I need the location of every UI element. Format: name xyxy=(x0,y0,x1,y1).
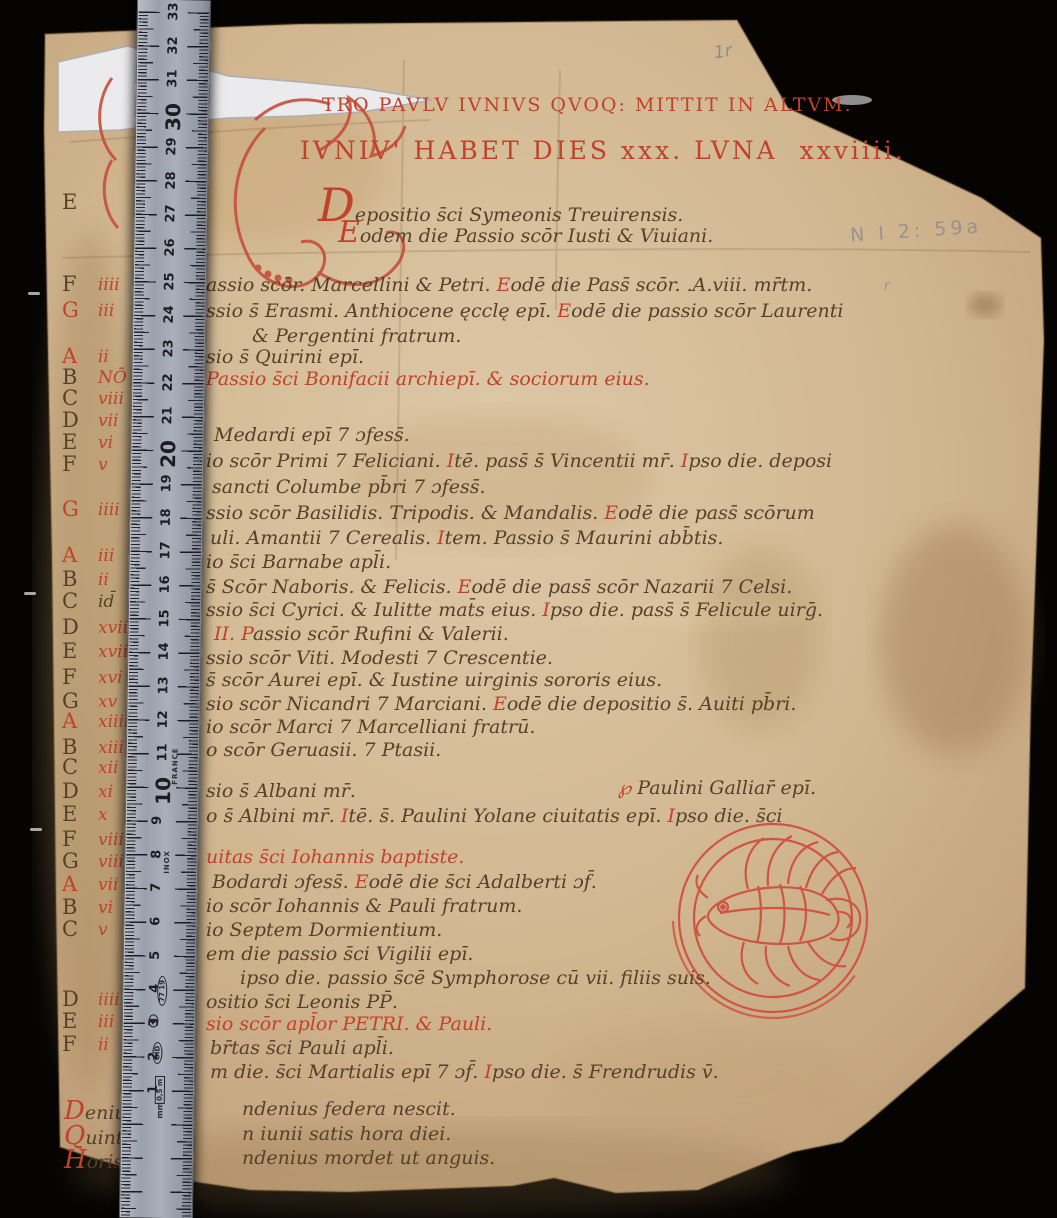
calendar-line: ositio s̄ci Leonis PP̄. xyxy=(206,993,398,1012)
brown-ink-text: ssio s̄ Erasmi. Anthiocene ęcclę epī. xyxy=(206,300,557,322)
calendar-line: Passio s̄ci Bonifacii archiepī. & socior… xyxy=(206,370,650,389)
ruler-cm-number: 27 xyxy=(163,205,178,223)
calendar-line: s̄ scōr Aurei epī. & Iustine uirginis so… xyxy=(206,671,662,690)
brown-ink-text: odē die passio scōr Laurenti xyxy=(571,300,843,322)
brown-ink-text: sio s̄ Albani mr̄. xyxy=(206,780,356,802)
calendar-line: Bodardi ɔfess̄. Eodē die s̄ci Adalberti … xyxy=(212,873,597,892)
calendar-line: io scōr Marci 7 Marcelliani fratrū. xyxy=(206,718,535,737)
brown-ink-text: io s̄ci Barnabe apl̄i. xyxy=(206,551,391,573)
brown-ink-text: br̄tas s̄ci Pauli apl̄i. xyxy=(210,1037,394,1059)
ruler-cm-number: 20 xyxy=(156,440,180,468)
red-ink-text: E xyxy=(497,274,511,296)
brown-ink-text: ndenius mordet ut anguis. xyxy=(242,1147,495,1169)
calendar-line: TRO PAVLV IVNIVS QVOQ: MITTIT IN ALTVM. xyxy=(322,96,853,115)
ruler-cm-number: 32 xyxy=(166,36,181,54)
brown-ink-text: ipso die. passio s̄cē Symphorose cū vii.… xyxy=(240,967,711,989)
red-ink-text: I xyxy=(667,805,675,827)
calendar-line: II. Passio scōr Rufini & Valerii. xyxy=(214,625,509,644)
red-ink-text: TRO PAVLV IVNIVS QVOQ: MITTIT IN ALTVM. xyxy=(322,94,853,116)
calendar-line: io Septem Dormientium. xyxy=(206,921,442,940)
brown-ink-text: m die. s̄ci Martialis epī 7 ɔf̄. xyxy=(210,1061,484,1083)
calendar-line: sio scōr apl̄or PETRI. & Pauli. xyxy=(206,1015,492,1034)
ruler-mm-label: mm xyxy=(155,1102,164,1119)
red-ink-text: II. P xyxy=(214,623,253,645)
calendar-line: o s̄ Albini mr̄. Itē. s̄. Paulini Yolane… xyxy=(206,807,782,826)
brown-ink-text: odē die pass̄ scōr Nazarii 7 Celsi. xyxy=(471,576,792,598)
red-ink-text: H xyxy=(64,1145,87,1175)
ruler-cm-number: 29 xyxy=(164,137,179,155)
ruler-stamps: FRANCEINOX77 19IIOlD0,5 m xyxy=(138,0,210,1)
brown-ink-text: assio scōr Rufini & Valerii. xyxy=(253,623,509,645)
brown-ink-text: s̄ Scōr Naboris. & Felicis. xyxy=(206,576,458,598)
ruler-numbers: 3332313029282726252423222120191817161514… xyxy=(138,0,210,1)
calendar-line: sio scōr Nicandri 7 Marciani. Eodē die d… xyxy=(206,695,796,714)
brown-ink-text: ositio s̄ci Leonis PP̄. xyxy=(206,991,398,1013)
red-ink-text: Passio s̄ci Bonifacii archiepī. & socior… xyxy=(206,368,650,390)
red-ink-text: I xyxy=(542,599,550,621)
brown-ink-text: s̄ scōr Aurei epī. & Iustine uirginis so… xyxy=(206,669,662,691)
brown-ink-text: tē. pass̄ s̄ Vincentii mr̄. xyxy=(454,450,681,472)
calendar-line: sio s̄ Albani mr̄. xyxy=(206,782,356,801)
calendar-line: io scōr Iohannis & Pauli fratrum. xyxy=(206,897,522,916)
brown-ink-text: odē die s̄ci Adalberti ɔf̄. xyxy=(369,871,597,893)
ruler-cm-number: 19 xyxy=(159,474,174,492)
calendar-line: n iunii satis hora diei. xyxy=(242,1125,451,1144)
ruler-brand-label: INOX xyxy=(163,850,171,874)
calendar-line: o scōr Geruasii. 7 Ptasii. xyxy=(206,741,441,760)
red-ink-text: I xyxy=(484,1061,492,1083)
brown-ink-text: tem. Passio s̄ Maurini abb̄tis. xyxy=(445,527,724,549)
brown-ink-text: Bodardi ɔfess̄. xyxy=(212,871,355,893)
calendar-line: assio scōr. Marcellini & Petri. Eodē die… xyxy=(206,276,812,295)
ruler-cm-number: 11 xyxy=(155,744,170,762)
brown-ink-text: odē die Pass̄ scōr. .A.viii. mr̄tm. xyxy=(511,274,813,296)
brown-ink-text: pso die. pass̄ s̄ Felicule uirḡ. xyxy=(550,599,823,621)
ruler-cm-number: 7 xyxy=(149,883,164,892)
brown-ink-text: tē. s̄. Paulini Yolane ciuitatis epī. xyxy=(348,805,667,827)
red-ink-text: E xyxy=(604,502,618,524)
calendar-line: s̄ Scōr Naboris. & Felicis. Eodē die pas… xyxy=(206,578,792,597)
brown-ink-text: assio scōr. Marcellini & Petri. xyxy=(206,274,497,296)
ruler-cm-number: 22 xyxy=(161,373,176,391)
calendar-line: Eodem die Passio scōr Iusti & Viuiani. xyxy=(338,218,713,248)
calendar-line: ssio s̄ Erasmi. Anthiocene ęcclę epī. Eo… xyxy=(206,302,844,321)
calendar-line: ndenius federa nescit. xyxy=(242,1100,456,1119)
red-ink-text: uitas s̄ci Iohannis baptiste. xyxy=(206,846,464,868)
calendar-line: ℘ Paulini Galliar̄ epī. xyxy=(618,779,816,798)
ruler-brand-label: FRANCE xyxy=(171,747,180,784)
calendar-line: uli. Amantii 7 Cerealis. Item. Passio s̄… xyxy=(210,529,723,548)
calendar-line: Medardi epī 7 ɔfess̄. xyxy=(214,426,410,445)
ruler-cm-number: 31 xyxy=(165,70,180,88)
red-ink-text: I xyxy=(437,527,445,549)
ruler-cm-number: 17 xyxy=(158,541,173,559)
calendar-line: IVNIV' HABET DIES xxx. LVNA xxviiii. xyxy=(300,138,906,163)
brown-ink-text: pso die. s̄ci xyxy=(675,805,782,827)
manuscript-photo: EFiiiiGiiiAiiBNŌCviiiDviiEviFvGiiiiAiiiB… xyxy=(0,0,1057,1218)
ruler-cm-number: 9 xyxy=(150,816,165,825)
brown-ink-text: io scōr Iohannis & Pauli fratrum. xyxy=(206,895,522,917)
brown-ink-text: sio scōr Nicandri 7 Marciani. xyxy=(206,693,493,715)
brown-ink-text: sio s̄ Quirini epī. xyxy=(206,346,364,368)
brown-ink-text: o s̄ Albini mr̄. xyxy=(206,805,341,827)
ruler-cm-number: 25 xyxy=(162,272,177,290)
red-ink-text: E xyxy=(493,693,507,715)
brown-ink-text: odē die pass̄ scōrum xyxy=(618,502,815,524)
calendar-line: ndenius mordet ut anguis. xyxy=(242,1149,495,1168)
brown-ink-text: io Septem Dormientium. xyxy=(206,919,442,941)
ruler-verification-stamp: II xyxy=(148,1014,158,1027)
brown-ink-text: ssio s̄ci Cyrici. & Iulitte mat̄s eius. xyxy=(206,599,542,621)
ruler-cm-number: 26 xyxy=(163,238,178,256)
calendar-line: io scōr Primi 7 Feliciani. Itē. pass̄ s̄… xyxy=(206,452,832,471)
calendar-line: io s̄ci Barnabe apl̄i. xyxy=(206,553,391,572)
ruler-cm-number: 6 xyxy=(148,917,163,926)
red-ink-text: sio scōr apl̄or PETRI. & Pauli. xyxy=(206,1013,492,1035)
red-ink-text: E xyxy=(458,576,472,598)
ruler-cm-number: 30 xyxy=(161,103,185,131)
ruler-cm-number: 16 xyxy=(158,575,173,593)
brown-ink-text: odē die depositio s̄. Auiti pb̄ri. xyxy=(507,693,797,715)
ruler-cm-number: 12 xyxy=(156,710,171,728)
brown-ink-text: pso die. deposi xyxy=(688,450,832,472)
folio-number-pencil: 1r xyxy=(713,41,734,64)
brown-ink-text: o scōr Geruasii. 7 Ptasii. xyxy=(206,739,441,761)
ruler-cm-number: 13 xyxy=(156,676,171,694)
calendar-line: ssio s̄ci Cyrici. & Iulitte mat̄s eius. … xyxy=(206,601,823,620)
brown-ink-text: Paulini Galliar̄ epī. xyxy=(637,777,816,799)
ruler-cm-number: 28 xyxy=(164,171,179,189)
brown-ink-text: io scōr Primi 7 Feliciani. xyxy=(206,450,447,472)
calendar-line: em die passio s̄ci Vigilii epī. xyxy=(206,945,473,964)
brown-ink-text: n iunii satis hora diei. xyxy=(242,1123,451,1145)
ruler-verification-stamp: 0,5 m xyxy=(155,1076,165,1104)
calendar-line: sancti Columbe pb̄ri 7 ɔfess̄. xyxy=(212,478,486,497)
ruler-cm-number: 14 xyxy=(157,643,172,661)
brown-ink-text: & Pergentini fratrum. xyxy=(252,325,461,347)
calendar-line: m die. s̄ci Martialis epī 7 ɔf̄. Ipso di… xyxy=(210,1063,719,1082)
red-ink-text: E xyxy=(338,215,360,250)
calendar-line: ssio scōr Basilidis. Tripodis. & Mandali… xyxy=(206,504,815,523)
calendar-line: & Pergentini fratrum. xyxy=(252,327,461,346)
red-ink-text: E xyxy=(557,300,571,322)
brown-ink-text: pso die. s̄ Frendrudis v̄. xyxy=(492,1061,719,1083)
red-ink-text: IVNIV' HABET DIES xxx. LVNA xxviiii. xyxy=(300,136,906,165)
ruler-cm-number: 33 xyxy=(166,2,181,20)
ruler-cm-number: 24 xyxy=(162,306,177,324)
brown-ink-text: ssio scōr Basilidis. Tripodis. & Mandali… xyxy=(206,502,604,524)
ruler-cm-number: 15 xyxy=(157,609,172,627)
ruler-cm-number: 21 xyxy=(160,407,175,425)
calendar-line: uitas s̄ci Iohannis baptiste. xyxy=(206,848,464,867)
calendar-line: ipso die. passio s̄cē Symphorose cū vii.… xyxy=(240,969,711,988)
ruler-cm-number: 5 xyxy=(148,950,163,959)
brown-ink-text: odem die Passio scōr Iusti & Viuiani. xyxy=(360,225,713,247)
ruler-cm-number: 18 xyxy=(159,508,174,526)
brown-ink-text: Medardi epī 7 ɔfess̄. xyxy=(214,424,410,446)
brown-ink-text: ndenius federa nescit. xyxy=(242,1098,456,1120)
calendar-line: br̄tas s̄ci Pauli apl̄i. xyxy=(210,1039,394,1058)
red-ink-text: ℘ xyxy=(618,777,637,799)
pencil-squiggle: r xyxy=(884,278,890,294)
calendar-line: ssio scōr Viti. Modesti 7 Crescentie. xyxy=(206,649,553,668)
calendar-line: sio s̄ Quirini epī. xyxy=(206,348,364,367)
brown-ink-text: sancti Columbe pb̄ri 7 ɔfess̄. xyxy=(212,476,486,498)
ruler-verification-stamp: 77 19 xyxy=(157,976,167,1006)
brown-ink-text: uli. Amantii 7 Cerealis. xyxy=(210,527,437,549)
brown-ink-text: ssio scōr Viti. Modesti 7 Crescentie. xyxy=(206,647,553,669)
ruler-cm-number: 23 xyxy=(161,339,176,357)
red-ink-text: E xyxy=(355,871,369,893)
brown-ink-text: em die passio s̄ci Vigilii epī. xyxy=(206,943,473,965)
brown-ink-text: io scōr Marci 7 Marcelliani fratrū. xyxy=(206,716,535,738)
